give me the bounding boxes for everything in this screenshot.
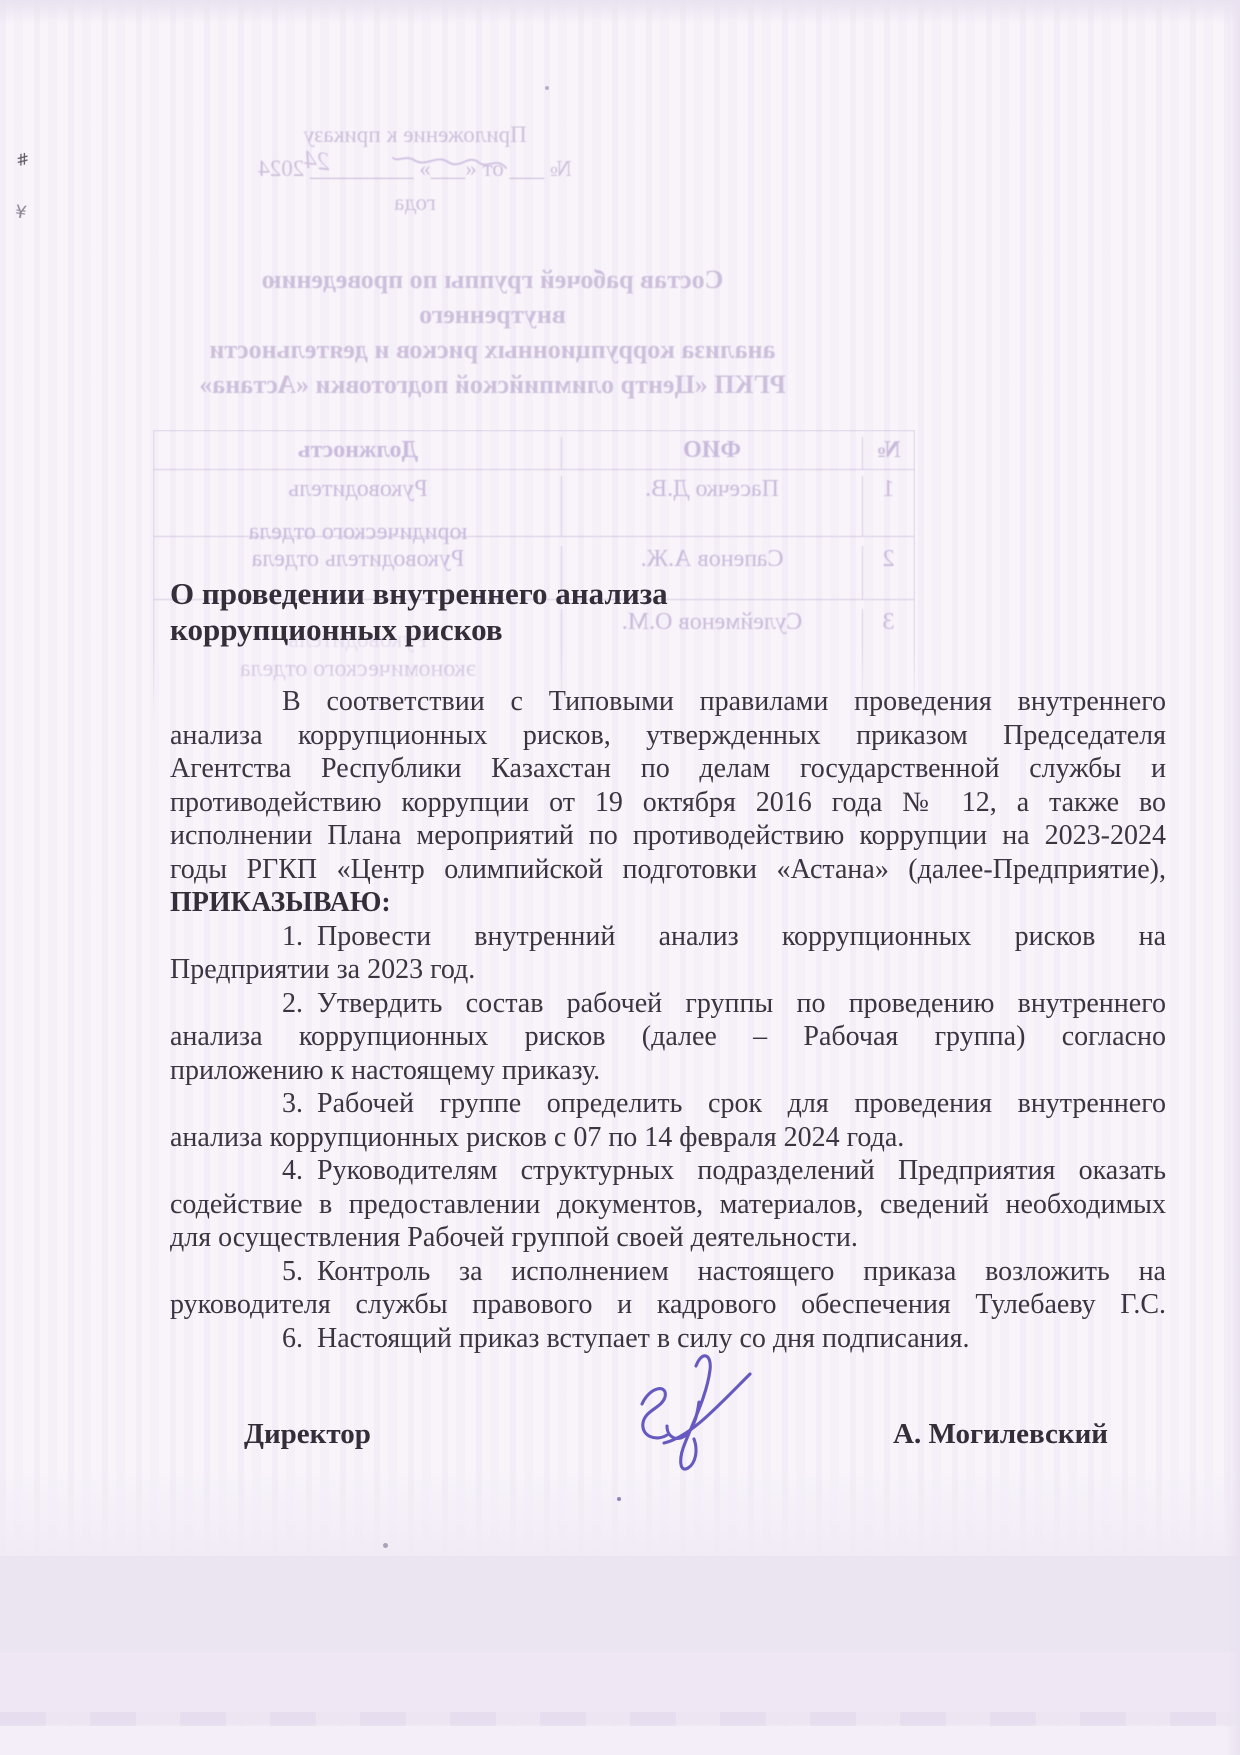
item-4-line: для осуществления Рабочей группой своей … (170, 1221, 1166, 1255)
bleed-row1-role-line1: Руководитель (155, 476, 561, 503)
item-4-line: 4. Руководителям структурных подразделен… (170, 1154, 1166, 1188)
bleed-appendix-header: Приложение к приказу № ___ от «___» ____… (250, 118, 580, 220)
scan-speck (383, 1543, 388, 1548)
bleed-table-header-position: Должность (155, 437, 561, 469)
bleed-appendix-header-line1: Приложение к приказу (250, 118, 580, 152)
bleed-appendix-title: Состав рабочей группы по проведению внут… (185, 262, 800, 402)
right-edge-shadow (1226, 0, 1240, 1755)
bleed-row1-name: Пасечко Д.В. (561, 476, 863, 536)
order-subject: О проведении внутреннего анализа коррупц… (170, 576, 1166, 648)
order-preamble: В соответствии с Типовыми правилами пров… (170, 685, 1166, 920)
item-3-line: анализа коррупционных рисков с 07 по 14 … (170, 1121, 1166, 1155)
order-body: О проведении внутреннего анализа коррупц… (170, 576, 1166, 1452)
bleed-row1-role-line2: юридического отдела (155, 519, 561, 546)
item-1-line: Предприятии за 2023 год. (170, 953, 1166, 987)
scan-speck: ¥ (14, 201, 28, 223)
scan-speck (545, 86, 549, 90)
preamble-line: годы РГКП «Центр олимпийской подготовки … (170, 853, 1166, 887)
bleed-table-header-row: № ФИО Должность (154, 431, 914, 469)
item-2-line: 2. Утвердить состав рабочей группы по пр… (170, 987, 1166, 1021)
order-subject-line1: О проведении внутреннего анализа (170, 576, 1166, 612)
signoff-position-title: Директор (244, 1418, 371, 1452)
bleed-row2-role-line1: Руководитель отдела (155, 546, 561, 573)
scan-speck: # (14, 149, 32, 171)
top-scan-band (0, 0, 1240, 24)
handwritten-date-squiggle (390, 150, 510, 176)
bottom-band-3 (0, 1726, 1240, 1755)
bleed-row1-num: 1 (863, 476, 914, 536)
ink-dot (617, 1497, 621, 1501)
bleed-appendix-title-line2: анализа коррупционных рисков и деятельно… (185, 332, 800, 367)
bleed-table-row: 1 Пасечко Д.В. Руководитель юридического… (154, 469, 914, 536)
bleed-table-header-name: ФИО (561, 437, 863, 469)
item-2-line: приложению к настоящему приказу. (170, 1054, 1166, 1088)
preamble-line: противодействию коррупции от 19 октября … (170, 786, 1166, 820)
item-3-line: 3. Рабочей группе определить срок для пр… (170, 1087, 1166, 1121)
item-4-line: содействие в предоставлении документов, … (170, 1188, 1166, 1222)
preamble-line: исполнении Плана мероприятий по противод… (170, 819, 1166, 853)
order-items: 1. Провести внутренний анализ коррупцион… (170, 920, 1166, 1356)
preamble-line: анализа коррупционных рисков, утвержденн… (170, 719, 1166, 753)
preamble-line: Агентства Республики Казахстан по делам … (170, 752, 1166, 786)
bottom-band-1 (0, 1556, 1240, 1652)
decree-word: ПРИКАЗЫВАЮ: (170, 886, 1166, 920)
item-1-line: 1. Провести внутренний анализ коррупцион… (170, 920, 1166, 954)
director-signature (608, 1346, 763, 1496)
order-subject-line2: коррупционных рисков (170, 612, 1166, 648)
signoff-name: А. Могилевский (893, 1418, 1108, 1452)
scanned-page: Приложение к приказу № ___ от «___» ____… (0, 0, 1240, 1755)
item-5-line: 5. Контроль за исполнением настоящего пр… (170, 1255, 1166, 1289)
item-2-line: анализа коррупционных рисков (далее – Ра… (170, 1020, 1166, 1054)
preamble-line: В соответствии с Типовыми правилами пров… (170, 685, 1166, 719)
bottom-band-2 (0, 1652, 1240, 1724)
bleed-row1-role: Руководитель юридического отдела (155, 476, 561, 536)
item-5-line: руководителя службы правового и кадровог… (170, 1288, 1166, 1322)
bleed-table-header-num: № (863, 437, 914, 469)
bleed-handwritten-number: 24 (302, 143, 331, 180)
bleed-appendix-title-line3: РГКП «Центр олимпийской подготовки «Аста… (185, 367, 800, 402)
bottom-mottled-strip (0, 1712, 1240, 1726)
bleed-appendix-title-line1: Состав рабочей группы по проведению внут… (185, 262, 800, 332)
